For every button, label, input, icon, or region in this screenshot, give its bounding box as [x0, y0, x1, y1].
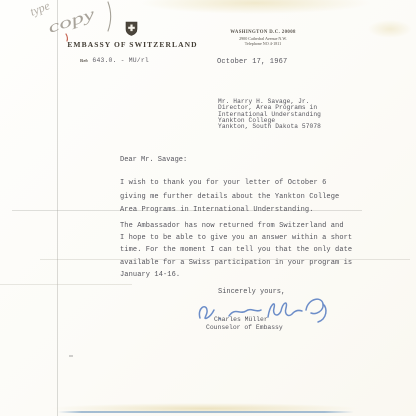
- page-bottom-edge: [58, 411, 354, 413]
- scanned-letter-page: type copy EMBASSY OF SWITZERLAND Ref:643…: [0, 0, 416, 416]
- pen-stroke: [108, 2, 111, 31]
- ref-number: 643.0. - MU/rl: [92, 57, 149, 64]
- body-line: I wish to thank you for your letter of O…: [120, 177, 339, 191]
- swiss-shield-icon: [125, 21, 138, 36]
- body-line: available for a Swiss participation in y…: [120, 257, 352, 269]
- faint-fold-line: [0, 284, 132, 285]
- signer-name: Charles Müller: [214, 316, 268, 323]
- paper-stain: [140, 0, 370, 14]
- handwritten-note: type copy: [22, 0, 117, 44]
- letter-date: October 17, 1967: [217, 58, 287, 66]
- reference-line: Ref:643.0. - MU/rl: [80, 49, 149, 67]
- handwritten-word: type: [28, 0, 52, 19]
- body-line: giving me further details about the Yank…: [120, 191, 339, 205]
- salutation: Dear Mr. Savage:: [120, 156, 187, 164]
- body-line: Area Programs in International Understan…: [120, 204, 339, 218]
- signer-title: Counselor of Embassy: [206, 324, 283, 331]
- ref-label: Ref:: [80, 58, 88, 63]
- paragraph-1: I wish to thank you for your letter of O…: [120, 177, 339, 218]
- handwritten-word: copy: [46, 5, 98, 36]
- recipient-block: Mr. Harry H. Savage, Jr. Director, Area …: [218, 99, 321, 130]
- paper-stain: [368, 20, 412, 38]
- page-left-edge: [57, 0, 58, 416]
- scan-speck: [69, 355, 73, 357]
- embassy-address-block: WASHINGTON D.C. 20008 2900 Cathedral Ave…: [214, 30, 312, 46]
- paragraph-2: The Ambassador has now returned from Swi…: [120, 220, 352, 281]
- embassy-name: EMBASSY OF SWITZERLAND: [60, 40, 205, 49]
- address-phone: Telephone NO 4-1811: [214, 41, 312, 46]
- recipient-line: Yankton, South Dakota 57078: [218, 124, 321, 130]
- body-line: January 14-16.: [120, 269, 352, 281]
- body-line: time. For the moment I can tell you that…: [120, 244, 352, 256]
- body-line: I hope to be able to give you an answer …: [120, 232, 352, 244]
- body-line: The Ambassador has now returned from Swi…: [120, 220, 352, 232]
